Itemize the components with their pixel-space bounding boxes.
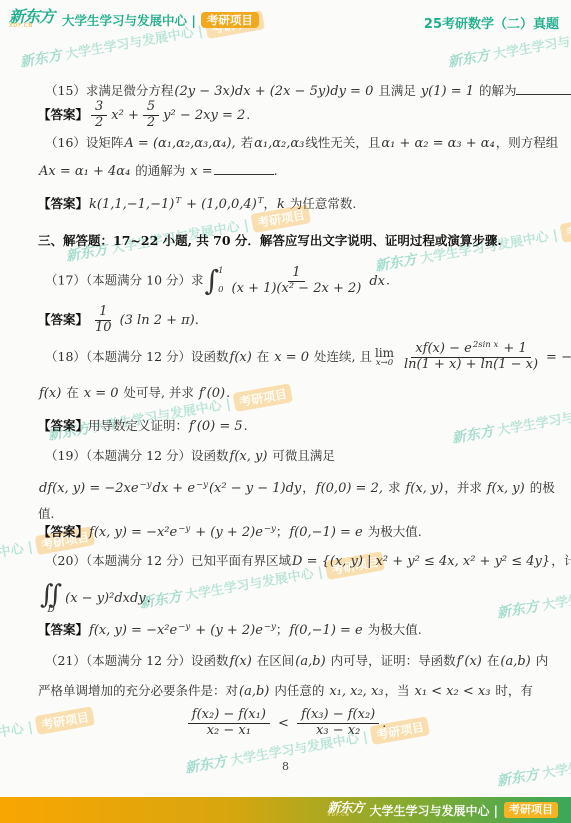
question-19-line2: df(x, y) = −2xe−ydx + e−y(x² − y − 1)dy，… [38,480,555,497]
text-segment: ， [302,480,315,495]
text-segment: ，并求 [444,480,485,495]
text-segment: （19）（本题满分 12 分）设函数 [45,448,229,463]
fraction: xf(x) − e2sin x + 1ln(1 + x) + ln(1 − x) [400,342,542,373]
math-segment: (x² − y − 1)dy [208,481,302,496]
question-20-line2: ∬D(x − y)²dxdy. [38,582,151,615]
text-segment: 在区间 [253,653,294,668]
text-segment: 在 [62,385,82,400]
fraction-denominator: 2 [91,116,107,131]
math-segment: dx + e [152,481,197,496]
text-segment: 为极大值. [364,622,422,637]
math-segment: f(x) [38,386,62,401]
math-segment: f(0,−1) = e [288,623,363,638]
math-segment: k [276,197,286,212]
text-segment: 内可导，证明：导函数 [327,653,456,668]
math-segment: df(x, y) = −2xe [38,481,140,496]
fraction: 32 [91,100,107,131]
text-segment: ，计算 [551,553,571,568]
math-segment: < [273,716,294,731]
math-segment: x₂ − x₁ [206,723,252,738]
text-segment: 在 [253,349,273,364]
math-segment: x₃ − x₂ [315,723,361,738]
superscript: −y [264,622,276,632]
math-segment: f(x₂) − f(x₁) [191,707,267,722]
question-20: （20）（本题满分 12 分）已知平面有界区域D = {(x, y) | x² … [45,553,571,570]
text-segment: 的极 [526,480,555,495]
document-page: 新东方大学生学习与发展中心 |考研项目 新东方大学生学习与发展中心 |考研项目 … [0,0,571,823]
math-segment: f(x) [229,350,253,365]
bold-text-segment: 【答案】 [38,622,88,637]
math-segment: A = (α₁,α₂,α₃,α₄), [123,136,236,151]
superscript: −y [140,480,152,490]
text-segment: 且满足 [374,83,419,98]
superscript: −y [178,622,190,632]
answer-16: 【答案】k(1,1,−1,−1)T + (1,0,0,4)T，k 为任意常数. [38,196,356,213]
answer-15: 【答案】32x² +52y² − 2xy = 2. [38,100,250,131]
math-segment: f(x₃) − f(x₂) [300,707,376,722]
text-segment: 严格单调增加的充分必要条件是：对 [38,683,238,698]
text-segment: . [386,273,390,288]
footer-bar: 新东方 XDF.CN 大学生学习与发展中心 | 考研项目 [0,797,571,823]
text-segment: 可微且满足 [268,448,334,463]
text-segment: 线性无关，且 [305,135,380,150]
text-segment: . [244,418,248,433]
text-segment: 为极大值. [364,524,422,539]
math-segment: f′(x) [456,654,483,669]
math-segment: (2y − 3x)dx + (2x − 5y)dy = 0 [173,84,374,99]
math-segment: (x + 1)(x² − 2x + 2) [231,281,363,296]
fraction-denominator: ln(1 + x) + ln(1 − x) [400,358,542,373]
math-segment: y² − 2xy = 2 [162,108,246,123]
math-segment: xf(x) − e [414,341,472,356]
math-segment: + 1 [498,341,527,356]
text-segment: 在 [483,653,499,668]
question-17: （17）（本题满分 10 分）求∫101(x + 1)(x² − 2x + 2)… [45,265,390,297]
fraction-denominator: x₂ − x₁ [203,724,255,739]
text-segment: . [382,715,386,730]
text-segment: （20）（本题满分 12 分）已知平面有界区域 [45,553,291,568]
math-segment: y(1) = 1 [420,84,475,99]
math-segment: dx [368,274,386,289]
text-segment: ， [263,196,276,211]
text-segment: 求 [384,480,404,495]
math-segment: x = 0 [273,350,310,365]
question-16: （16）设矩阵A = (α₁,α₂,α₃,α₄), 若α₁,α₂,α₃线性无关，… [45,135,558,152]
math-segment: (a,b) [294,654,326,669]
question-18: （18）（本题满分 12 分）设函数f(x) 在 x = 0 处连续, 且lim… [45,342,571,373]
question-21-line2: 严格单调增加的充分必要条件是：对(a,b) 内任意的 x₁, x₂, x₃，当 … [38,683,533,700]
fraction-numerator: f(x₃) − f(x₂) [297,708,379,724]
text-segment: 处可导, 并求 [120,385,198,400]
fraction-denominator: (x + 1)(x² − 2x + 2) [228,282,366,297]
text-segment: . [147,590,151,605]
answer-blank [516,82,571,95]
math-segment: x = 0 [83,386,120,401]
fraction-denominator: 2 [143,116,159,131]
math-segment: 5 [146,99,156,114]
bold-text-segment: 【答案】 [38,524,88,539]
math-segment: + (y + 2)e [190,623,264,638]
text-segment: ，则方程组 [496,135,559,150]
math-segment: f′(0) = 5 [188,419,244,434]
bold-text-segment: 【答案】 [38,196,88,211]
math-segment: (a,b) [238,684,270,699]
text-segment: 内任意的 [270,683,328,698]
text-segment: 用导数定义证明： [88,418,188,433]
math-segment: f(0,0) = 2, [315,481,384,496]
math-segment: k(1,1,−1,−1) [88,197,175,212]
bold-text-segment: 【答案】 [38,418,88,433]
footer-xdf-logo: 新东方 XDF.CN [327,802,363,819]
math-segment: x₁ < x₂ < x₃ [413,684,491,699]
math-segment: Ax = α₁ + 4α₄ [38,164,131,179]
fraction-numerator: 1 [95,305,111,321]
footer-kaoyan-badge: 考研项目 [504,802,558,817]
text-segment: ； [276,524,289,539]
document-content: （15）求满足微分方程(2y − 3x)dx + (2x − 5y)dy = 0… [0,0,571,823]
text-segment: 为任意常数. [286,196,356,211]
integral: ∫10 [205,265,224,297]
answer-18: 【答案】用导数定义证明：f′(0) = 5. [38,418,248,435]
fraction-numerator: 5 [143,100,159,116]
fraction-numerator: f(x₂) − f(x₁) [188,708,270,724]
math-segment: f(x, y) = −x²e [88,623,178,638]
answer-blank [214,162,274,175]
math-segment: 2 [94,115,104,130]
question-19-line3: 值. [38,506,54,522]
limit: limx→0 [375,347,394,368]
text-segment: ； [276,622,289,637]
page-number: 8 [0,760,571,773]
math-segment: = −3 [545,350,571,365]
bold-text-segment: 【答案】 [38,312,88,327]
math-segment: 3 [94,99,104,114]
math-segment: f(x, y) [486,481,526,496]
integral-domain: D [47,606,54,615]
text-segment: 处连续, 且 [310,349,372,364]
math-segment: f′(0) [198,386,226,401]
text-segment: （17）（本题满分 10 分）求 [45,273,204,288]
text-segment: 若 [237,135,253,150]
fraction: f(x₂) − f(x₁)x₂ − x₁ [188,708,270,739]
text-segment: （15）求满足微分方程 [45,83,173,98]
text-segment: . [274,163,278,178]
text-segment: 内 [532,653,548,668]
footer-title: 大学生学习与发展中心 | [369,802,498,819]
math-segment: α₁ + α₂ = α₃ + α₄ [380,136,495,151]
section-heading: 三、解答题：17~22 小题, 共 70 分．解答应写出文字说明、证明过程或演算… [38,233,502,249]
integral-upper-limit: 1 [218,266,223,277]
text-segment: （21）（本题满分 12 分）设函数 [45,653,229,668]
fraction: 1(x + 1)(x² − 2x + 2) [228,266,366,297]
bold-text-segment: 三、解答题：17~22 小题, 共 70 分．解答应写出文字说明、证明过程或演算… [38,233,502,248]
math-segment: D = {(x, y) | x² + y² ≤ 4x, x² + y² ≤ 4y… [291,554,551,569]
fraction-numerator: xf(x) − e2sin x + 1 [411,342,530,358]
fraction: f(x₃) − f(x₂)x₃ − x₂ [297,708,379,739]
question-15: （15）求满足微分方程(2y − 3x)dx + (2x − 5y)dy = 0… [45,82,571,100]
math-segment: f(x, y) [229,449,269,464]
math-segment: 1 [98,304,108,319]
fraction: 52 [143,100,159,131]
math-segment: (a,b) [499,654,531,669]
math-segment: x = [189,164,213,179]
math-segment: (x − y)²dxdy [64,591,147,606]
math-segment: x₁, x₂, x₃ [328,684,384,699]
superscript: 2sin x [473,340,498,350]
superscript: −y [264,524,276,534]
math-segment: α₁,α₂,α₃ [253,136,305,151]
footer-xdf-logo-subtext: XDF.CN [327,814,363,819]
text-segment: 的通解为 [131,163,189,178]
limit-subscript: x→0 [376,359,393,368]
fraction-denominator: x₃ − x₂ [312,724,364,739]
math-segment: ln(1 + x) + ln(1 − x) [403,357,539,372]
question-19: （19）（本题满分 12 分）设函数f(x, y) 可微且满足 [45,448,335,465]
integral-lower-limit: 0 [218,285,223,296]
fraction-numerator: 1 [288,266,304,282]
answer-17: 【答案】110(3 ln 2 + π). [38,305,200,336]
text-segment: ，当 [385,683,414,698]
text-segment: . [246,107,250,122]
text-segment: . [226,385,230,400]
integral-icon: ∫ [205,268,220,293]
fraction: 110 [91,305,116,336]
question-16-line2: Ax = α₁ + 4α₄ 的通解为 x =. [38,162,278,180]
math-segment: f(x, y) = −x²e [88,525,178,540]
math-segment: f(0,−1) = e [288,525,363,540]
math-segment: + (1,0,0,4) [181,197,258,212]
question-21: （21）（本题满分 12 分）设函数f(x) 在区间(a,b) 内可导，证明：导… [45,653,548,670]
math-segment: f(x, y) [404,481,444,496]
fraction-numerator: 3 [91,100,107,116]
math-segment: (3 ln 2 + π). [119,313,200,328]
text-segment: 值. [38,506,54,521]
text-segment: （16）设矩阵 [45,135,123,150]
superscript: −y [196,480,208,490]
math-segment: 2 [146,115,156,130]
text-segment: （18）（本题满分 12 分）设函数 [45,349,229,364]
text-segment: 时，有 [491,683,532,698]
question-21-formula: f(x₂) − f(x₁)x₂ − x₁ < f(x₃) − f(x₂)x₃ −… [0,708,571,739]
integral-limits: 10 [218,265,223,297]
fraction-denominator: 10 [91,321,116,336]
bold-text-segment: 【答案】 [38,107,88,122]
superscript: −y [178,524,190,534]
answer-19: 【答案】f(x, y) = −x²e−y + (y + 2)e−y；f(0,−1… [38,524,422,541]
text-segment: 的解为 [475,83,516,98]
double-integral: ∬D [40,582,62,615]
math-segment: f(x) [229,654,253,669]
math-segment: + (y + 2)e [190,525,264,540]
math-segment: x² + [110,108,140,123]
math-segment: 1 [291,265,301,280]
math-segment: 10 [94,320,113,335]
question-18-line2: f(x) 在 x = 0 处可导, 并求 f′(0). [38,385,230,402]
answer-20: 【答案】f(x, y) = −x²e−y + (y + 2)e−y；f(0,−1… [38,622,422,639]
